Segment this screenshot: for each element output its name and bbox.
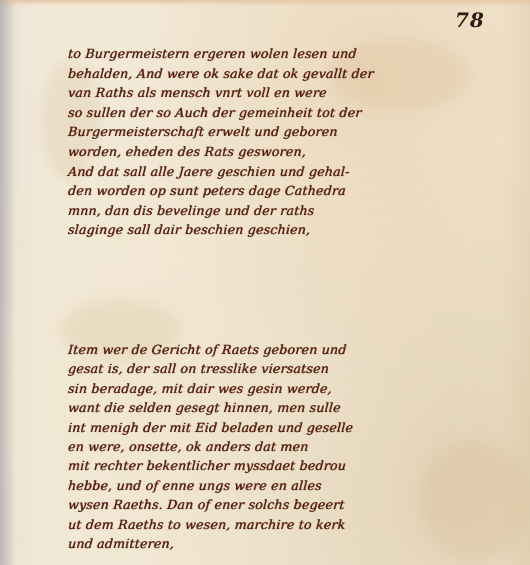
text-line: slaginge sall dair beschien geschien, <box>67 220 458 240</box>
text-line: Burgermeisterschaft erwelt und geboren <box>67 122 458 142</box>
text-line: sin beradage, mit dair wes gesin werde, <box>67 379 458 398</box>
text-line: wysen Raeths. Dan of ener solchs begeert <box>67 495 458 514</box>
text-line: mit rechter bekentlicher myssdaet bedrou <box>67 456 458 475</box>
paragraph-2: Item wer de Gericht of Raets geboren und… <box>68 340 458 553</box>
text-line: int menigh der mit Eid beladen und gesel… <box>67 418 458 437</box>
text-line: en were, onsette, ok anders dat men <box>67 437 458 456</box>
text-line: hebbe, und of enne ungs were en alles <box>67 476 458 495</box>
folio-number: 78 <box>455 8 485 32</box>
text-line: so sullen der so Auch der gemeinheit tot… <box>67 103 458 123</box>
text-line: to Burgermeistern ergeren wolen lesen un… <box>67 44 458 64</box>
text-line: den worden op sunt peters dage Cathedra <box>67 181 458 201</box>
text-line: worden, eheden des Rats gesworen, <box>67 142 458 162</box>
paragraph-1: to Burgermeistern ergeren wolen lesen un… <box>68 44 458 240</box>
text-line: behalden, And were ok sake dat ok gevall… <box>67 64 458 84</box>
text-line: want die selden gesegt hinnen, men sulle <box>67 398 458 417</box>
text-line: gesat is, der sall on tresslike viersats… <box>67 359 458 378</box>
text-line: mnn, dan dis bevelinge und der raths <box>67 201 458 221</box>
text-line: Item wer de Gericht of Raets geboren und <box>67 340 458 359</box>
manuscript-page: 78 to Burgermeistern ergeren wolen lesen… <box>0 0 530 565</box>
text-line: van Raths als mensch vnrt voll en were <box>67 83 458 103</box>
page-top-edge <box>0 0 530 6</box>
text-line: And dat sall alle Jaere geschien und geh… <box>67 162 458 182</box>
text-line: und admitteren, <box>67 534 458 553</box>
text-line: ut dem Raeths to wesen, marchire to kerk <box>67 515 458 534</box>
binding-shadow <box>0 0 14 565</box>
